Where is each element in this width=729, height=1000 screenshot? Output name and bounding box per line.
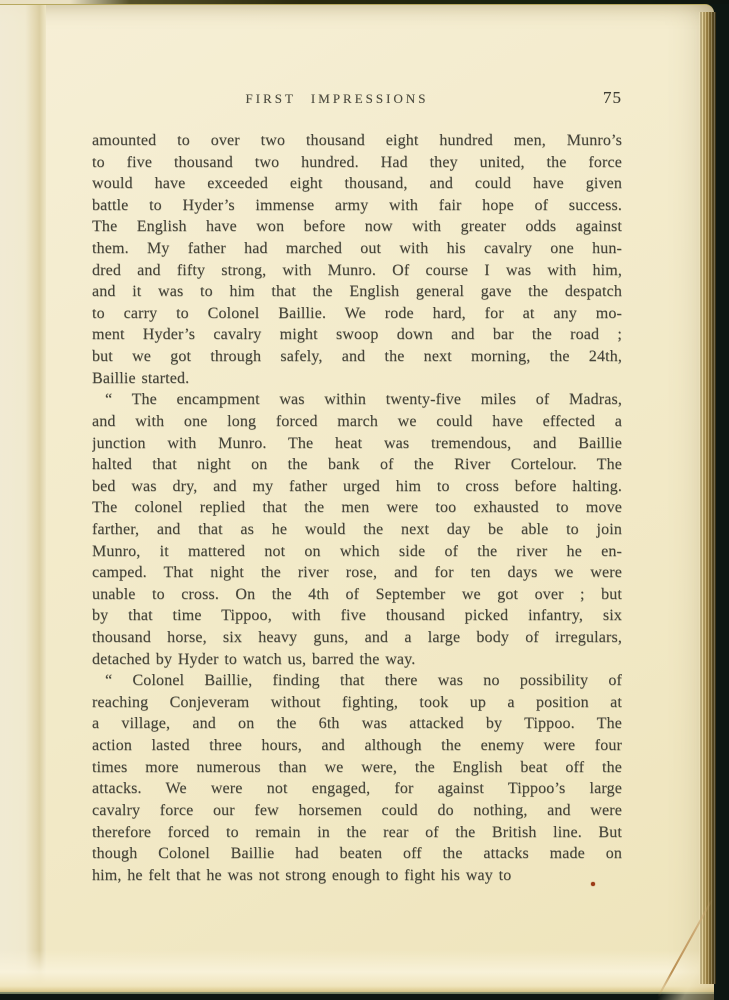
running-title: FIRST IMPRESSIONS (92, 91, 582, 107)
text-line: farther, and that as he would the next d… (92, 519, 622, 541)
text-line: The English have won before now with gre… (92, 216, 622, 238)
text-line: reaching Conjeveram without fighting, to… (92, 692, 622, 714)
text-line: unable to cross. On the 4th of September… (92, 584, 622, 606)
text-line: a village, and on the 6th was attacked b… (92, 713, 622, 735)
text-line: would have exceeded eight thousand, and … (92, 173, 622, 195)
text-line: bed was dry, and my father urged him to … (92, 476, 622, 498)
text-line: detached by Hyder to watch us, barred th… (92, 649, 622, 671)
page-gutter-shadow (0, 5, 46, 994)
text-line: The colonel replied that the men were to… (92, 497, 622, 519)
text-line: to five thousand two hundred. Had they u… (92, 152, 622, 174)
text-line: but we got through safely, and the next … (92, 346, 622, 368)
book-page: FIRST IMPRESSIONS 75 amounted to over tw… (0, 4, 714, 994)
page-header: FIRST IMPRESSIONS 75 (92, 91, 622, 111)
page-edge-stack (699, 12, 716, 984)
text-line: amounted to over two thousand eight hund… (92, 130, 622, 152)
text-line: times more numerous than we were, the En… (92, 757, 622, 779)
text-line: junction with Munro. The heat was tremen… (92, 433, 622, 455)
text-line: ment Hyder’s cavalry might swoop down an… (92, 324, 622, 346)
page-text: amounted to over two thousand eight hund… (92, 130, 622, 886)
text-line: battle to Hyder’s immense army with fair… (92, 195, 622, 217)
text-line: camped. That night the river rose, and f… (92, 562, 622, 584)
text-line: Munro, it mattered not on which side of … (92, 541, 622, 563)
text-line: cavalry force our few horsemen could do … (92, 800, 622, 822)
text-line: attacks. We were not engaged, for agains… (92, 778, 622, 800)
text-line: action lasted three hours, and although … (92, 735, 622, 757)
text-line: Baillie started. (92, 368, 622, 390)
text-line: and it was to him that the English gener… (92, 281, 622, 303)
page-bottom-edge (0, 950, 714, 994)
text-line: “ Colonel Baillie, finding that there wa… (92, 670, 622, 692)
text-line: therefore forced to remain in the rear o… (92, 822, 622, 844)
text-line: though Colonel Baillie had beaten off th… (92, 843, 622, 865)
text-line: to carry to Colonel Baillie. We rode har… (92, 303, 622, 325)
text-line: him, he felt that he was not strong enou… (92, 865, 622, 887)
text-line: them. My father had marched out with his… (92, 238, 622, 260)
text-line: and with one long forced march we could … (92, 411, 622, 433)
ink-dot (591, 882, 595, 886)
text-line: by that time Tippoo, with five thousand … (92, 605, 622, 627)
text-line: halted that night on the bank of the Riv… (92, 454, 622, 476)
page-number: 75 (603, 88, 622, 108)
text-line: “ The encampment was within twenty-five … (92, 389, 622, 411)
text-line: thousand horse, six heavy guns, and a la… (92, 627, 622, 649)
text-line: dred and fifty strong, with Munro. Of co… (92, 260, 622, 282)
scanned-book-photo: FIRST IMPRESSIONS 75 amounted to over tw… (0, 0, 729, 1000)
